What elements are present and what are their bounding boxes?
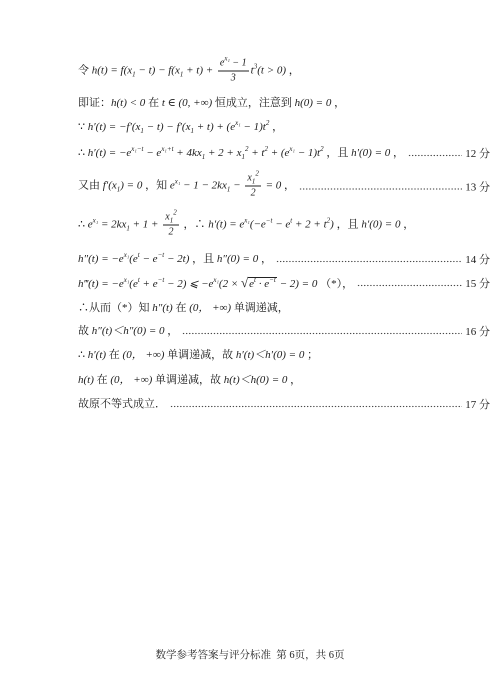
math-expression: (0， +∞) bbox=[123, 349, 165, 361]
text-run: 在 bbox=[145, 97, 162, 109]
text-run: ， bbox=[400, 219, 414, 231]
math-expression: − e bbox=[140, 253, 158, 265]
score-label: 15 分 bbox=[465, 275, 490, 291]
text-run: 又由 bbox=[78, 180, 103, 192]
dot-leader bbox=[299, 180, 462, 192]
math-expression: − 1)t bbox=[295, 147, 320, 159]
score-label: 14 分 bbox=[465, 251, 490, 267]
text-run: ∴ bbox=[78, 349, 88, 361]
solution-line-1: 令 h(t) = f(x1 − t) − f(x1 + t) + ex₁ − 1… bbox=[78, 58, 300, 85]
subscript: 1 bbox=[241, 153, 245, 161]
math-expression: = 0 bbox=[263, 180, 281, 192]
math-expression: + 4kx bbox=[174, 147, 202, 159]
line-content: 即证：h(t) < 0 在 t ∈ (0, +∞) 恒成立，注意到 h(0) =… bbox=[78, 96, 345, 110]
line-content: ∴ h′(t) 在 (0， +∞) 单调递减，故 h′(t)＜h′(0) = 0… bbox=[78, 348, 318, 362]
superscript: 2 bbox=[173, 209, 177, 217]
math-expression: + t) + (e bbox=[194, 121, 235, 133]
text-run: 在 bbox=[106, 349, 123, 361]
solution-line-9: ∴从而（*）知 h″(t) 在 (0， +∞) 单调递减， bbox=[78, 301, 289, 315]
math-expression: (2 × bbox=[219, 278, 241, 290]
text-run: ， bbox=[269, 121, 283, 133]
line-content: 故原不等式成立． bbox=[78, 397, 166, 411]
text-run: 在 bbox=[94, 374, 111, 386]
math-expression: − 2) ⩽ −e bbox=[164, 278, 213, 290]
solution-line-10: 故 h″(t)＜h″(0) = 0 ，16 分 bbox=[78, 323, 490, 339]
fraction-denominator: 2 bbox=[251, 187, 256, 200]
dot-leader bbox=[276, 253, 462, 265]
math-expression: 2 bbox=[168, 227, 173, 238]
math-expression: (−e bbox=[250, 219, 266, 231]
score-label: 17 分 bbox=[465, 396, 490, 412]
solution-line-2: 即证：h(t) < 0 在 t ∈ (0, +∞) 恒成立，注意到 h(0) =… bbox=[78, 96, 345, 110]
superscript: x₁−t bbox=[131, 145, 143, 153]
solution-line-3: ∵ h′(t) = −f′(x1 − t) − f′(x1 + t) + (ex… bbox=[78, 120, 283, 134]
score-label: 12 分 bbox=[465, 145, 490, 161]
text-run: ，且 bbox=[334, 219, 362, 231]
text-run: 故原不等式成立． bbox=[78, 398, 166, 410]
fraction-denominator: 2 bbox=[168, 226, 173, 239]
line-content: h(t) 在 (0， +∞) 单调递减，故 h(t)＜h(0) = 0 ， bbox=[78, 373, 301, 387]
math-expression: h′(t)＜h′(0) = 0 bbox=[236, 349, 304, 361]
math-expression: h(t) bbox=[78, 374, 94, 386]
text-run: （*）， bbox=[317, 278, 353, 290]
math-expression: h″(t)＜h″(0) = 0 bbox=[92, 325, 165, 337]
superscript: −t bbox=[269, 276, 276, 284]
math-expression: h(t) = f(x bbox=[92, 65, 132, 77]
score-label: 13 分 bbox=[465, 178, 490, 194]
math-expression: h″(t) bbox=[152, 302, 172, 314]
text-run: ； bbox=[304, 349, 318, 361]
solution-line-13: 故原不等式成立．17 分 bbox=[78, 396, 490, 412]
text-run: ，∴ bbox=[181, 219, 209, 231]
math-expression: (e bbox=[129, 253, 138, 265]
math-expression: = 2kx bbox=[98, 219, 126, 231]
math-expression: + t) + bbox=[183, 65, 216, 77]
text-run: 故 bbox=[78, 325, 92, 337]
fraction: ex₁ − 13 bbox=[218, 58, 249, 85]
math-expression: (0， +∞) bbox=[189, 302, 231, 314]
text-run: ， bbox=[390, 147, 404, 159]
math-expression: · e bbox=[256, 278, 269, 290]
math-expression: h(t)＜h(0) = 0 bbox=[224, 374, 288, 386]
text-run: ， bbox=[286, 65, 300, 77]
dot-leader bbox=[182, 325, 462, 337]
math-expression: 3 bbox=[231, 73, 236, 84]
text-run: 单调递减， bbox=[231, 302, 289, 314]
superscript: x₁+t bbox=[161, 145, 173, 153]
math-expression: − 2t) bbox=[164, 253, 189, 265]
math-expression: − 1 bbox=[230, 58, 247, 69]
text-run: ， bbox=[331, 97, 345, 109]
math-expression: − 1 − 2kx bbox=[180, 180, 227, 192]
math-expression: h(t) < 0 bbox=[111, 97, 145, 109]
solution-line-12: h(t) 在 (0， +∞) 单调递减，故 h(t)＜h(0) = 0 ， bbox=[78, 373, 301, 387]
math-expression: t ∈ (0, +∞) bbox=[162, 97, 212, 109]
text-run: ，且 bbox=[189, 253, 217, 265]
line-content: 又由 f′(x1) = 0 ，知 ex₁ − 1 − 2kx1 − x122 =… bbox=[78, 173, 295, 200]
solution-line-11: ∴ h′(t) 在 (0， +∞) 单调递减，故 h′(t)＜h′(0) = 0… bbox=[78, 348, 318, 362]
math-expression: f′(x bbox=[103, 180, 117, 192]
math-expression: h′(t) = −f′(x bbox=[88, 121, 141, 133]
math-expression: − t) − f′(x bbox=[144, 121, 191, 133]
solution-line-7: h″(t) = −ex₁(et − e−t − 2t) ，且 h″(0) = 0… bbox=[78, 251, 490, 267]
square-root: et · e−t bbox=[241, 276, 277, 291]
line-content: ∴ h′(t) = −ex₁−t − ex₁+t + 4kx1 + 2 + x1… bbox=[78, 146, 404, 160]
math-expression: h(0) = 0 bbox=[295, 97, 332, 109]
math-expression: − 2) = 0 bbox=[277, 278, 318, 290]
line-content: ∴ ex₁ = 2kx1 + 1 + x122 ，∴ h′(t) = ex₁(−… bbox=[78, 212, 414, 239]
fraction-numerator: ex₁ − 1 bbox=[218, 58, 249, 72]
fraction-numerator: x12 bbox=[163, 212, 178, 226]
math-expression: 2 bbox=[251, 188, 256, 199]
text-run: 在 bbox=[173, 302, 190, 314]
superscript: 2 bbox=[255, 170, 259, 178]
text-run: ∴ bbox=[78, 147, 88, 159]
math-expression: (t > 0) bbox=[257, 65, 286, 77]
text-run: 单调递减，故 bbox=[152, 374, 224, 386]
math-expression: h′(0) = 0 bbox=[361, 219, 400, 231]
radicand: et · e−t bbox=[248, 277, 277, 290]
line-content: 令 h(t) = f(x1 − t) − f(x1 + t) + ex₁ − 1… bbox=[78, 58, 300, 85]
text-run: ， bbox=[287, 374, 301, 386]
math-expression: − t) − f(x bbox=[136, 65, 180, 77]
text-run: 即证： bbox=[78, 97, 111, 109]
line-content: ∵ h′(t) = −f′(x1 − t) − f′(x1 + t) + (ex… bbox=[78, 120, 283, 134]
text-run: ∴从而（*）知 bbox=[78, 302, 152, 314]
solution-line-4: ∴ h′(t) = −ex₁−t − ex₁+t + 4kx1 + 2 + x1… bbox=[78, 145, 490, 161]
math-expression: − 1)t bbox=[241, 121, 266, 133]
text-run: ， bbox=[281, 180, 295, 192]
fraction-denominator: 3 bbox=[231, 72, 236, 85]
math-expression: + e bbox=[140, 278, 158, 290]
math-expression: + 2 + t bbox=[292, 219, 326, 231]
text-run: 令 bbox=[78, 65, 92, 77]
dot-leader bbox=[408, 147, 462, 159]
fraction-numerator: x12 bbox=[245, 173, 260, 187]
score-label: 16 分 bbox=[465, 323, 490, 339]
dot-leader bbox=[357, 277, 462, 289]
line-content: h‴(t) = −ex₁(et + e−t − 2) ⩽ −ex₁(2 × et… bbox=[78, 276, 353, 291]
math-expression: ) = 0 bbox=[120, 180, 142, 192]
math-expression: (0， +∞) bbox=[110, 374, 152, 386]
dot-leader bbox=[170, 398, 462, 410]
math-expression: h″(t) = −e bbox=[78, 253, 124, 265]
math-expression: − e bbox=[272, 219, 290, 231]
text-run: 恒成立，注意到 bbox=[212, 97, 295, 109]
solution-line-5: 又由 f′(x1) = 0 ，知 ex₁ − 1 − 2kx1 − x122 =… bbox=[78, 173, 490, 200]
math-expression: − bbox=[230, 180, 243, 192]
math-expression: h‴(t) = −e bbox=[78, 278, 124, 290]
page-footer: 数学参考答案与评分标准 第 6页，共 6页 bbox=[0, 647, 500, 662]
subscript: 1 bbox=[252, 178, 256, 186]
solution-line-8: h‴(t) = −ex₁(et + e−t − 2) ⩽ −ex₁(2 × et… bbox=[78, 275, 490, 291]
text-run: ∵ bbox=[78, 121, 88, 133]
math-expression: h″(0) = 0 bbox=[217, 253, 258, 265]
math-expression: h′(t) bbox=[88, 349, 106, 361]
text-run: ，知 bbox=[142, 180, 170, 192]
text-run: ，且 bbox=[324, 147, 352, 159]
subscript: 1 bbox=[170, 217, 174, 225]
math-expression: + 2 + x bbox=[205, 147, 241, 159]
line-content: h″(t) = −ex₁(et − e−t − 2t) ，且 h″(0) = 0… bbox=[78, 252, 272, 266]
math-expression: + 1 + bbox=[130, 219, 161, 231]
math-expression: h′(0) = 0 bbox=[351, 147, 390, 159]
text-run: ， bbox=[165, 325, 179, 337]
fraction: x122 bbox=[163, 212, 178, 239]
fraction: x122 bbox=[245, 173, 260, 200]
math-expression: + t bbox=[248, 147, 264, 159]
math-expression: − e bbox=[144, 147, 162, 159]
math-expression: h′(t) = −e bbox=[88, 147, 132, 159]
math-expression: (e bbox=[129, 278, 138, 290]
math-expression: h′(t) = e bbox=[208, 219, 244, 231]
text-run: ∴ bbox=[78, 219, 88, 231]
solution-line-6: ∴ ex₁ = 2kx1 + 1 + x122 ，∴ h′(t) = ex₁(−… bbox=[78, 212, 414, 239]
text-run: ， bbox=[258, 253, 272, 265]
text-run: 单调递减，故 bbox=[164, 349, 236, 361]
line-content: ∴从而（*）知 h″(t) 在 (0， +∞) 单调递减， bbox=[78, 301, 289, 315]
math-expression: + (e bbox=[268, 147, 289, 159]
answer-page: 令 h(t) = f(x1 − t) − f(x1 + t) + ex₁ − 1… bbox=[0, 0, 500, 689]
line-content: 故 h″(t)＜h″(0) = 0 ， bbox=[78, 324, 178, 338]
